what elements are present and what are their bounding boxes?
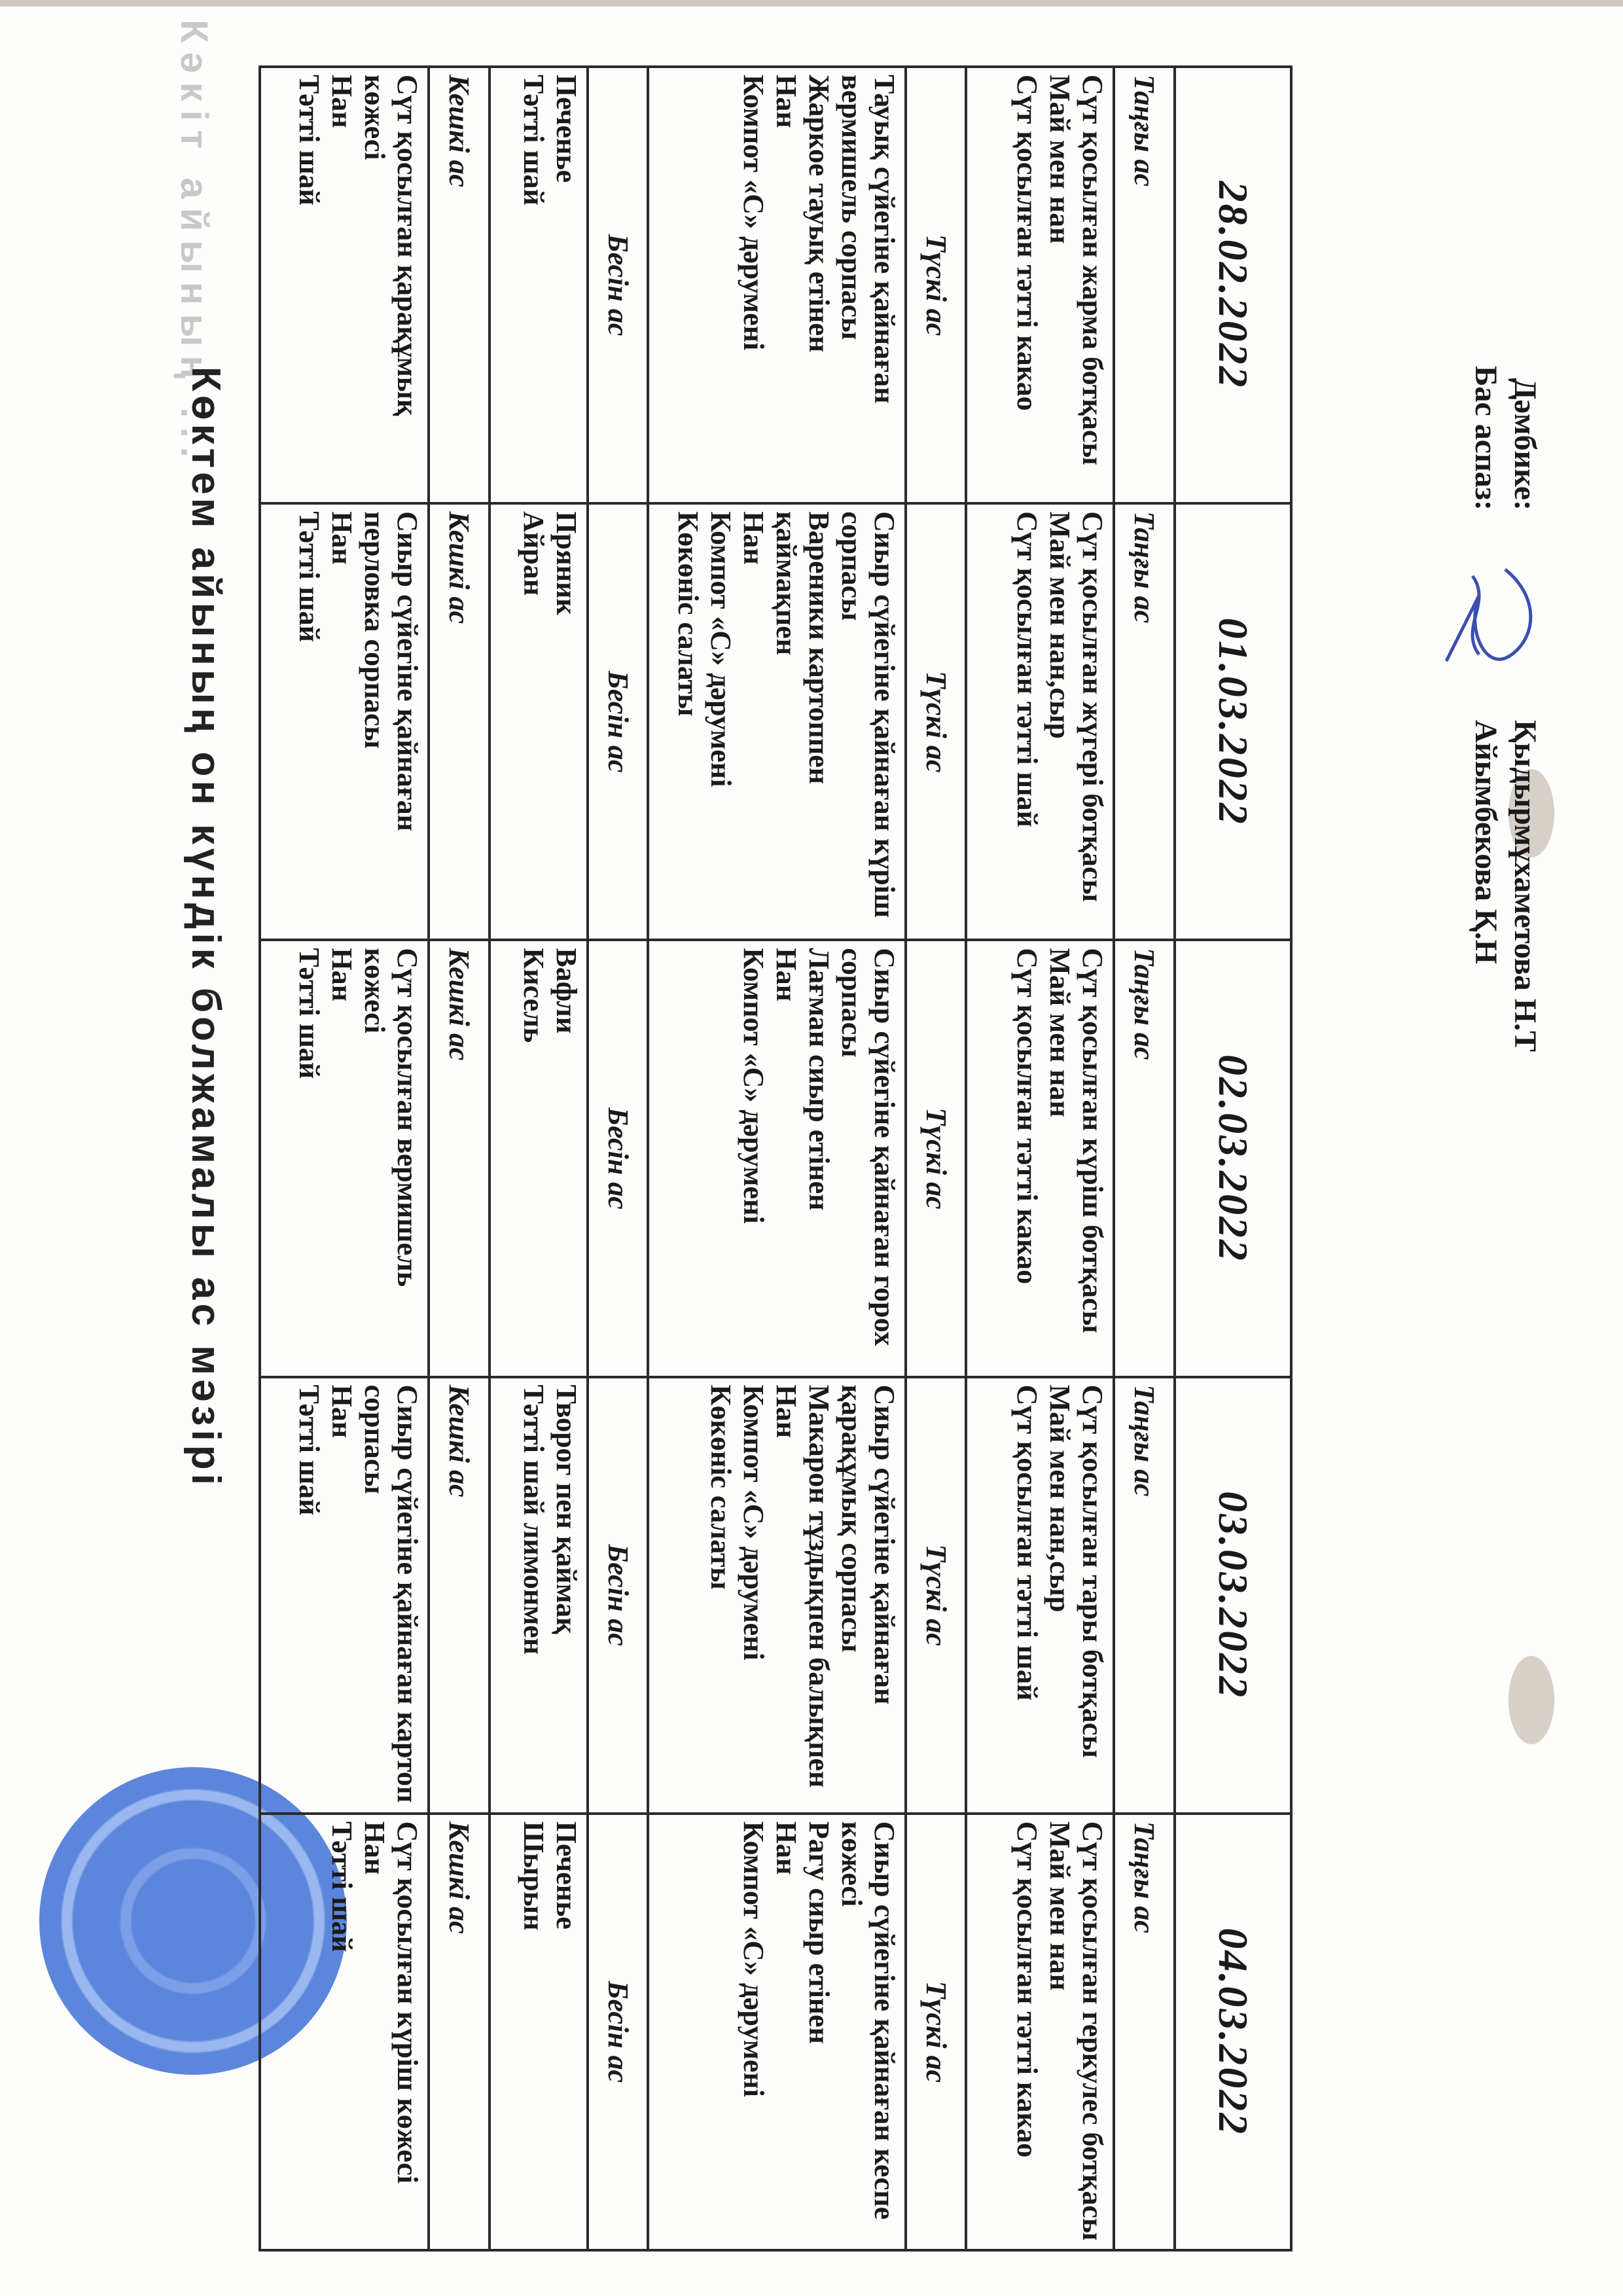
menu-item: Сүт қосылған жүгері ботқасы [1076,511,1109,932]
dinner-label: Кешкі ас [429,1814,489,2250]
lunch-items: Тауық сүйегіне қайнаған вермишель сорпас… [648,67,905,503]
menu-item: Тәтті шай [293,948,325,1369]
menu-item: Нан [325,75,358,495]
breakfast-items: Сүт қосылған жарма ботқасыМай мен нанСүт… [966,67,1114,503]
menu-item: Лағман сиыр етінен [802,948,835,1369]
menu-item: Сүт қосылған қарақұмық көжесі [358,75,423,495]
menu-item: Сиыр сүйегіне қайнаған перловка сорпасы [358,511,423,932]
snack-label: Бесін ас [588,940,648,1376]
menu-page: Кәкіт айының ... Көктем айының он күндік… [0,0,1623,2296]
menu-item: Нан [737,511,770,932]
menu-item: Тәтті шай [293,75,325,495]
dinner-label: Кешкі ас [429,940,489,1376]
menu-item: Компот «С» дәрумені [737,75,770,495]
lunch-items: Сиыр сүйегіне қайнаған күріш сорпасыВаре… [648,503,905,940]
breakfast-items: Сүт қосылған геркулес ботқасыМай мен нан… [966,1814,1114,2250]
menu-item: Шырын [517,1821,550,2242]
breakfast-label: Таңғы ас [1114,503,1174,940]
signature-role: Дәмбике: [1505,275,1544,524]
menu-item: Сиыр сүйегіне қайнаған кеспе көжесі [835,1821,901,2242]
menu-item: Нан [770,1385,802,1806]
breakfast-items: Сүт қосылған жүгері ботқасыМай мен нан,с… [966,503,1114,940]
menu-item: Сиыр сүйегіне қайнаған қарақұмық сорпасы [835,1385,901,1806]
menu-item: Тауық сүйегіне қайнаған вермишель сорпас… [835,75,901,495]
menu-item: Нан [325,1385,358,1806]
menu-item: Нан [770,948,802,1369]
snack-items: ПеченьеШырын [490,1814,588,2250]
menu-item: Тәтті шай [517,75,550,495]
menu-item: Нан [325,511,358,932]
menu-item: Печенье [550,75,582,495]
snack-label: Бесін ас [588,1377,648,1814]
date-header: 28.02.2022 [1175,67,1291,503]
menu-item: Май мен нан [1043,1821,1076,2242]
menu-item: Сүт қосылған жарма ботқасы [1076,75,1109,495]
menu-item: Макарон тұздықпен балықпен [802,1385,835,1806]
menu-item: Нан [325,948,358,1369]
snack-label: Бесін ас [588,1814,648,2250]
lunch-label: Түскі ас [906,1377,966,1814]
dinner-items: Сүт қосылған қарақұмық көжесіНанТәтті ша… [260,67,429,503]
menu-item: Сүт қосылған тәтті какао [1010,75,1043,495]
signature-name: Айымбекова Қ.Н [1466,720,1505,964]
menu-item: Сүт қосылған күріш көжесі [391,1821,423,2242]
dinner-label: Кешкі ас [429,1377,489,1814]
breakfast-items: Сүт қосылған тары ботқасыМай мен нан,сыр… [966,1377,1114,1814]
dinner-items: Сиыр сүйегіне қайнаған перловка сорпасыН… [260,503,429,940]
lunch-label: Түскі ас [906,1814,966,2250]
menu-item: Сиыр сүйегіне қайнаған күріш сорпасы [835,511,901,932]
page-title: Көктем айының он күндік болжамалы ас мәз… [183,367,229,1489]
menu-item: Жаркое тауық етінен [802,75,835,495]
menu-item: Сиыр сүйегіне қайнаған картоп сорпасы [358,1385,423,1806]
menu-item: Кисель [517,948,550,1369]
snack-items: ПеченьеТәтті шай [490,67,588,503]
menu-item: Көкөніс салаты [671,511,704,932]
breakfast-label: Таңғы ас [1114,940,1174,1376]
lunch-items: Сиыр сүйегіне қайнаған кеспе көжесіРагу … [648,1814,905,2250]
date-header: 01.03.2022 [1175,503,1291,940]
menu-item: Вареники картоппен қаймақпен [770,511,835,932]
menu-item: Май мен нан,сыр [1043,511,1076,932]
snack-items: ПряникАйран [490,503,588,940]
menu-item: Сүт қосылған геркулес ботқасы [1076,1821,1109,2242]
menu-item: Тәтті шай [293,1385,325,1806]
breakfast-label: Таңғы ас [1114,1377,1174,1814]
breakfast-label: Таңғы ас [1114,1814,1174,2250]
menu-item: Компот «С» дәрумені [737,1385,770,1806]
menu-item: Сүт қосылған вермишель көжесі [358,948,423,1369]
menu-item: Сиыр сүйегіне қайнаған горох сорпасы [835,948,901,1369]
menu-item: Компот «С» дәрумені [737,1821,770,2242]
dinner-items: Сүт қосылған күріш көжесіНанТәтті шай [260,1814,429,2250]
menu-item: Нан [770,75,802,495]
menu-item: Творог пен қаймақ [550,1385,582,1806]
menu-item: Тәтті шай лимонмен [517,1385,550,1806]
lunch-label: Түскі ас [906,67,966,503]
menu-item: Көкөніс салаты [704,1385,737,1806]
menu-item: Компот «С» дәрумені [704,511,737,932]
menu-item: Сүт қосылған тәтті шай [1010,511,1043,932]
snack-label: Бесін ас [588,67,648,503]
menu-item: Айран [517,511,550,932]
menu-item: Компот «С» дәрумені [737,948,770,1369]
menu-item: Сүт қосылған тәтті какао [1010,948,1043,1369]
menu-item: Вафли [550,948,582,1369]
snack-label: Бесін ас [588,503,648,940]
dinner-items: Сүт қосылған вермишель көжесіНанТәтті ша… [260,940,429,1376]
menu-item: Сүт қосылған күріш ботқасы [1076,948,1109,1369]
menu-item: Нан [770,1821,802,2242]
lunch-items: Сиыр сүйегіне қайнаған горох сорпасыЛағм… [648,940,905,1376]
signature-scribble-icon [1440,556,1544,674]
menu-item: Сүт қосылған тары ботқасы [1076,1385,1109,1806]
snack-items: Творог пен қаймақТәтті шай лимонмен [490,1377,588,1814]
menu-item: Пряник [550,511,582,932]
menu-item: Нан [358,1821,391,2242]
menu-item: Рагу сиыр етінен [802,1821,835,2242]
signature-name: Қыдырмұхаметова Н.Т [1505,720,1544,1052]
date-header: 04.03.2022 [1175,1814,1291,2250]
menu-item: Май мен нан [1043,75,1076,495]
menu-item: Сүт қосылған тәтті какао [1010,1821,1043,2242]
snack-items: ВафлиКисель [490,940,588,1376]
breakfast-label: Таңғы ас [1114,67,1174,503]
lunch-items: Сиыр сүйегіне қайнаған қарақұмық сорпасы… [648,1377,905,1814]
menu-item: Май мен нан [1043,948,1076,1369]
date-header: 02.03.2022 [1175,940,1291,1376]
menu-item: Печенье [550,1821,582,2242]
signatures: Дәмбике: Қыдырмұхаметова Н.Т Бас аспаз: … [1466,275,1544,1052]
menu-item: Тәтті шай [293,511,325,932]
breakfast-items: Сүт қосылған күріш ботқасыМай мен нанСүт… [966,940,1114,1376]
menu-item: Май мен нан,сыр [1043,1385,1076,1806]
menu-item: Сүт қосылған тәтті шай [1010,1385,1043,1806]
menu-item: Тәтті шай [325,1821,358,2242]
menu-table: 28.02.202201.03.202202.03.202203.03.2022… [259,65,1293,2251]
dinner-label: Кешкі ас [429,67,489,503]
dinner-items: Сиыр сүйегіне қайнаған картоп сорпасыНан… [260,1377,429,1814]
dinner-label: Кешкі ас [429,503,489,940]
signature-role: Бас аспаз: [1466,275,1505,524]
date-header: 03.03.2022 [1175,1377,1291,1814]
lunch-label: Түскі ас [906,940,966,1376]
lunch-label: Түскі ас [906,503,966,940]
